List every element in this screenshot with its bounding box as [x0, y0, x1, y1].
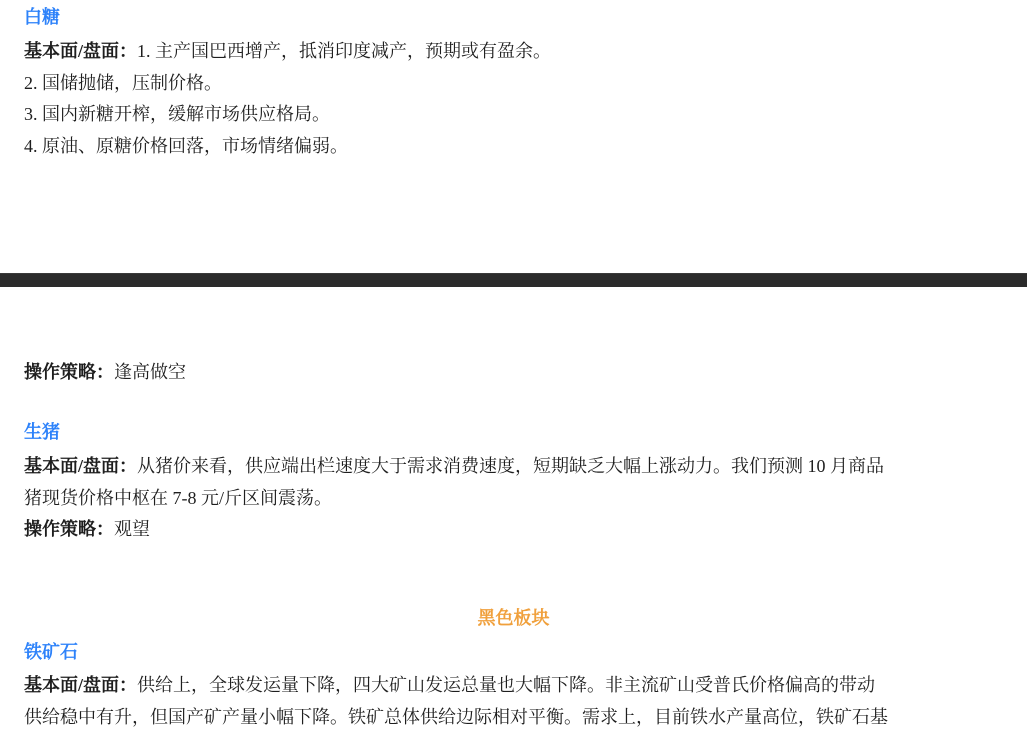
strategy-label: 操作策略： — [24, 362, 114, 382]
sector-title-ferrous: 黑色板块 — [0, 607, 1027, 629]
iron-ore-fundamentals-line-1: 供给上，全球发运量下降，四大矿山发运总量也大幅下降。非主流矿山受普氏价格偏高的带… — [137, 675, 875, 695]
pig-strategy-value: 观望 — [114, 519, 150, 539]
section-title-live-hogs: 生猪 — [24, 421, 60, 443]
sugar-strategy-paragraph: 操作策略：逢高做空 — [24, 357, 988, 389]
sugar-fundamentals-point-3: 3. 国内新糖开榨，缓解市场供应格局。 — [24, 99, 988, 131]
pig-fundamentals-line-1: 从猪价来看，供应端出栏速度大于需求消费速度，短期缺乏大幅上涨动力。我们预测 10… — [137, 456, 884, 476]
report-document-page: 白糖 基本面/盘面：1. 主产国巴西增产，抵消印度减产，预期或有盈余。 2. 国… — [0, 0, 1027, 735]
pig-strategy-paragraph: 操作策略：观望 — [24, 514, 988, 546]
sugar-fundamentals-paragraph: 基本面/盘面：1. 主产国巴西增产，抵消印度减产，预期或有盈余。 2. 国储抛储… — [24, 36, 988, 162]
sugar-strategy-value: 逢高做空 — [114, 362, 186, 382]
sugar-fundamentals-point-4: 4. 原油、原糖价格回落，市场情绪偏弱。 — [24, 131, 988, 163]
section-title-white-sugar: 白糖 — [24, 6, 60, 28]
pig-fundamentals-paragraph: 基本面/盘面：从猪价来看，供应端出栏速度大于需求消费速度，短期缺乏大幅上涨动力。… — [24, 451, 988, 514]
sugar-fundamentals-point-2: 2. 国储抛储，压制价格。 — [24, 68, 988, 100]
strategy-label: 操作策略： — [24, 519, 114, 539]
fundamentals-label: 基本面/盘面： — [24, 675, 137, 695]
section-title-iron-ore: 铁矿石 — [24, 641, 78, 663]
page-break-divider — [0, 273, 1027, 287]
sugar-fundamentals-point-1: 1. 主产国巴西增产，抵消印度减产，预期或有盈余。 — [137, 41, 551, 61]
fundamentals-label: 基本面/盘面： — [24, 456, 137, 476]
fundamentals-label: 基本面/盘面： — [24, 41, 137, 61]
iron-ore-fundamentals-line-2: 供给稳中有升，但国产矿产量小幅下降。铁矿总体供给边际相对平衡。需求上，目前铁水产… — [24, 702, 988, 734]
iron-ore-fundamentals-paragraph: 基本面/盘面：供给上，全球发运量下降，四大矿山发运总量也大幅下降。非主流矿山受普… — [24, 670, 988, 733]
pig-fundamentals-line-2: 猪现货价格中枢在 7-8 元/斤区间震荡。 — [24, 483, 988, 515]
